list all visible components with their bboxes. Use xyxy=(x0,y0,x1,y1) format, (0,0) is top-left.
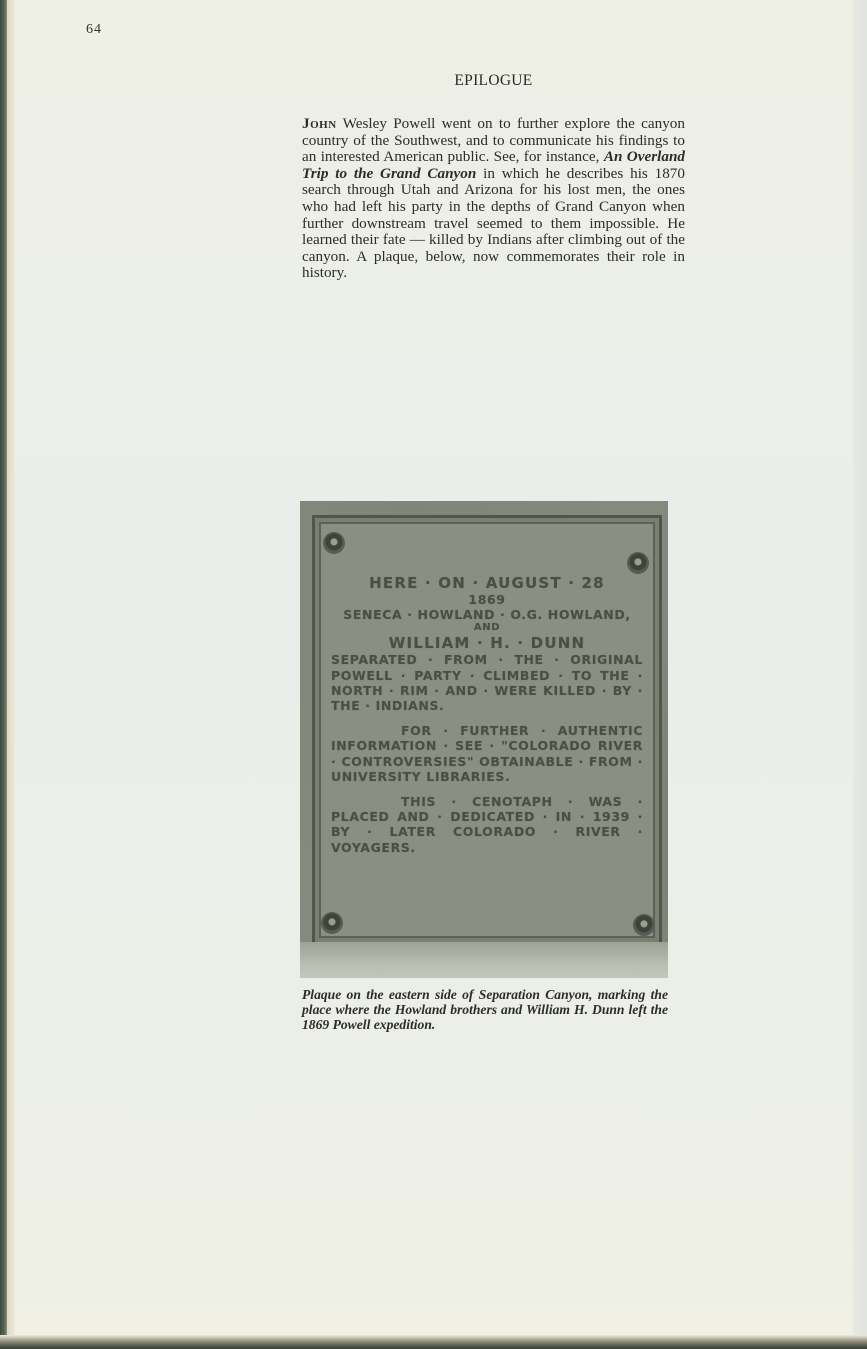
bolt-icon-top-left xyxy=(323,532,345,554)
bolt-icon-bottom-left xyxy=(321,912,343,934)
page-number: 64 xyxy=(86,22,102,38)
plaque-photograph: Here · on · August · 28 1869 Seneca · Ho… xyxy=(300,501,668,978)
page-bottom-edge xyxy=(0,1335,867,1349)
bolt-icon-bottom-right xyxy=(633,914,655,936)
epilogue-paragraph: John Wesley Powell went on to further ex… xyxy=(302,116,685,282)
plaque-line-and: and xyxy=(331,622,643,634)
bolt-icon-top-right xyxy=(627,552,649,574)
section-title: EPILOGUE xyxy=(302,72,685,90)
plaque-paragraph-cenotaph: This · cenotaph · was · placed and · ded… xyxy=(331,794,643,855)
book-page: 64 EPILOGUE John Wesley Powell went on t… xyxy=(0,0,867,1349)
plaque-line-howlands: Seneca · Howland · O.G. Howland, xyxy=(331,607,643,622)
plaque-line-dunn: William · H. · Dunn xyxy=(331,634,643,652)
page-right-edge xyxy=(853,0,867,1349)
page-binding-shadow xyxy=(0,0,7,1349)
lead-word: John xyxy=(302,115,337,132)
rock-ledge xyxy=(300,942,668,978)
bronze-plaque: Here · on · August · 28 1869 Seneca · Ho… xyxy=(312,515,662,945)
figure-caption: Plaque on the eastern side of Separation… xyxy=(302,987,668,1033)
plaque-line-year: 1869 xyxy=(331,592,643,607)
page-gutter xyxy=(7,0,15,1349)
plaque-line-date: Here · on · August · 28 xyxy=(331,574,643,592)
paragraph-text-part2: in which he describes his 1870 search th… xyxy=(302,165,685,282)
plaque-paragraph-separation: Separated · from · the · original Powell… xyxy=(331,652,643,713)
plaque-inscription: Here · on · August · 28 1869 Seneca · Ho… xyxy=(331,574,643,855)
plaque-paragraph-information: For · further · authentic information · … xyxy=(331,723,643,784)
